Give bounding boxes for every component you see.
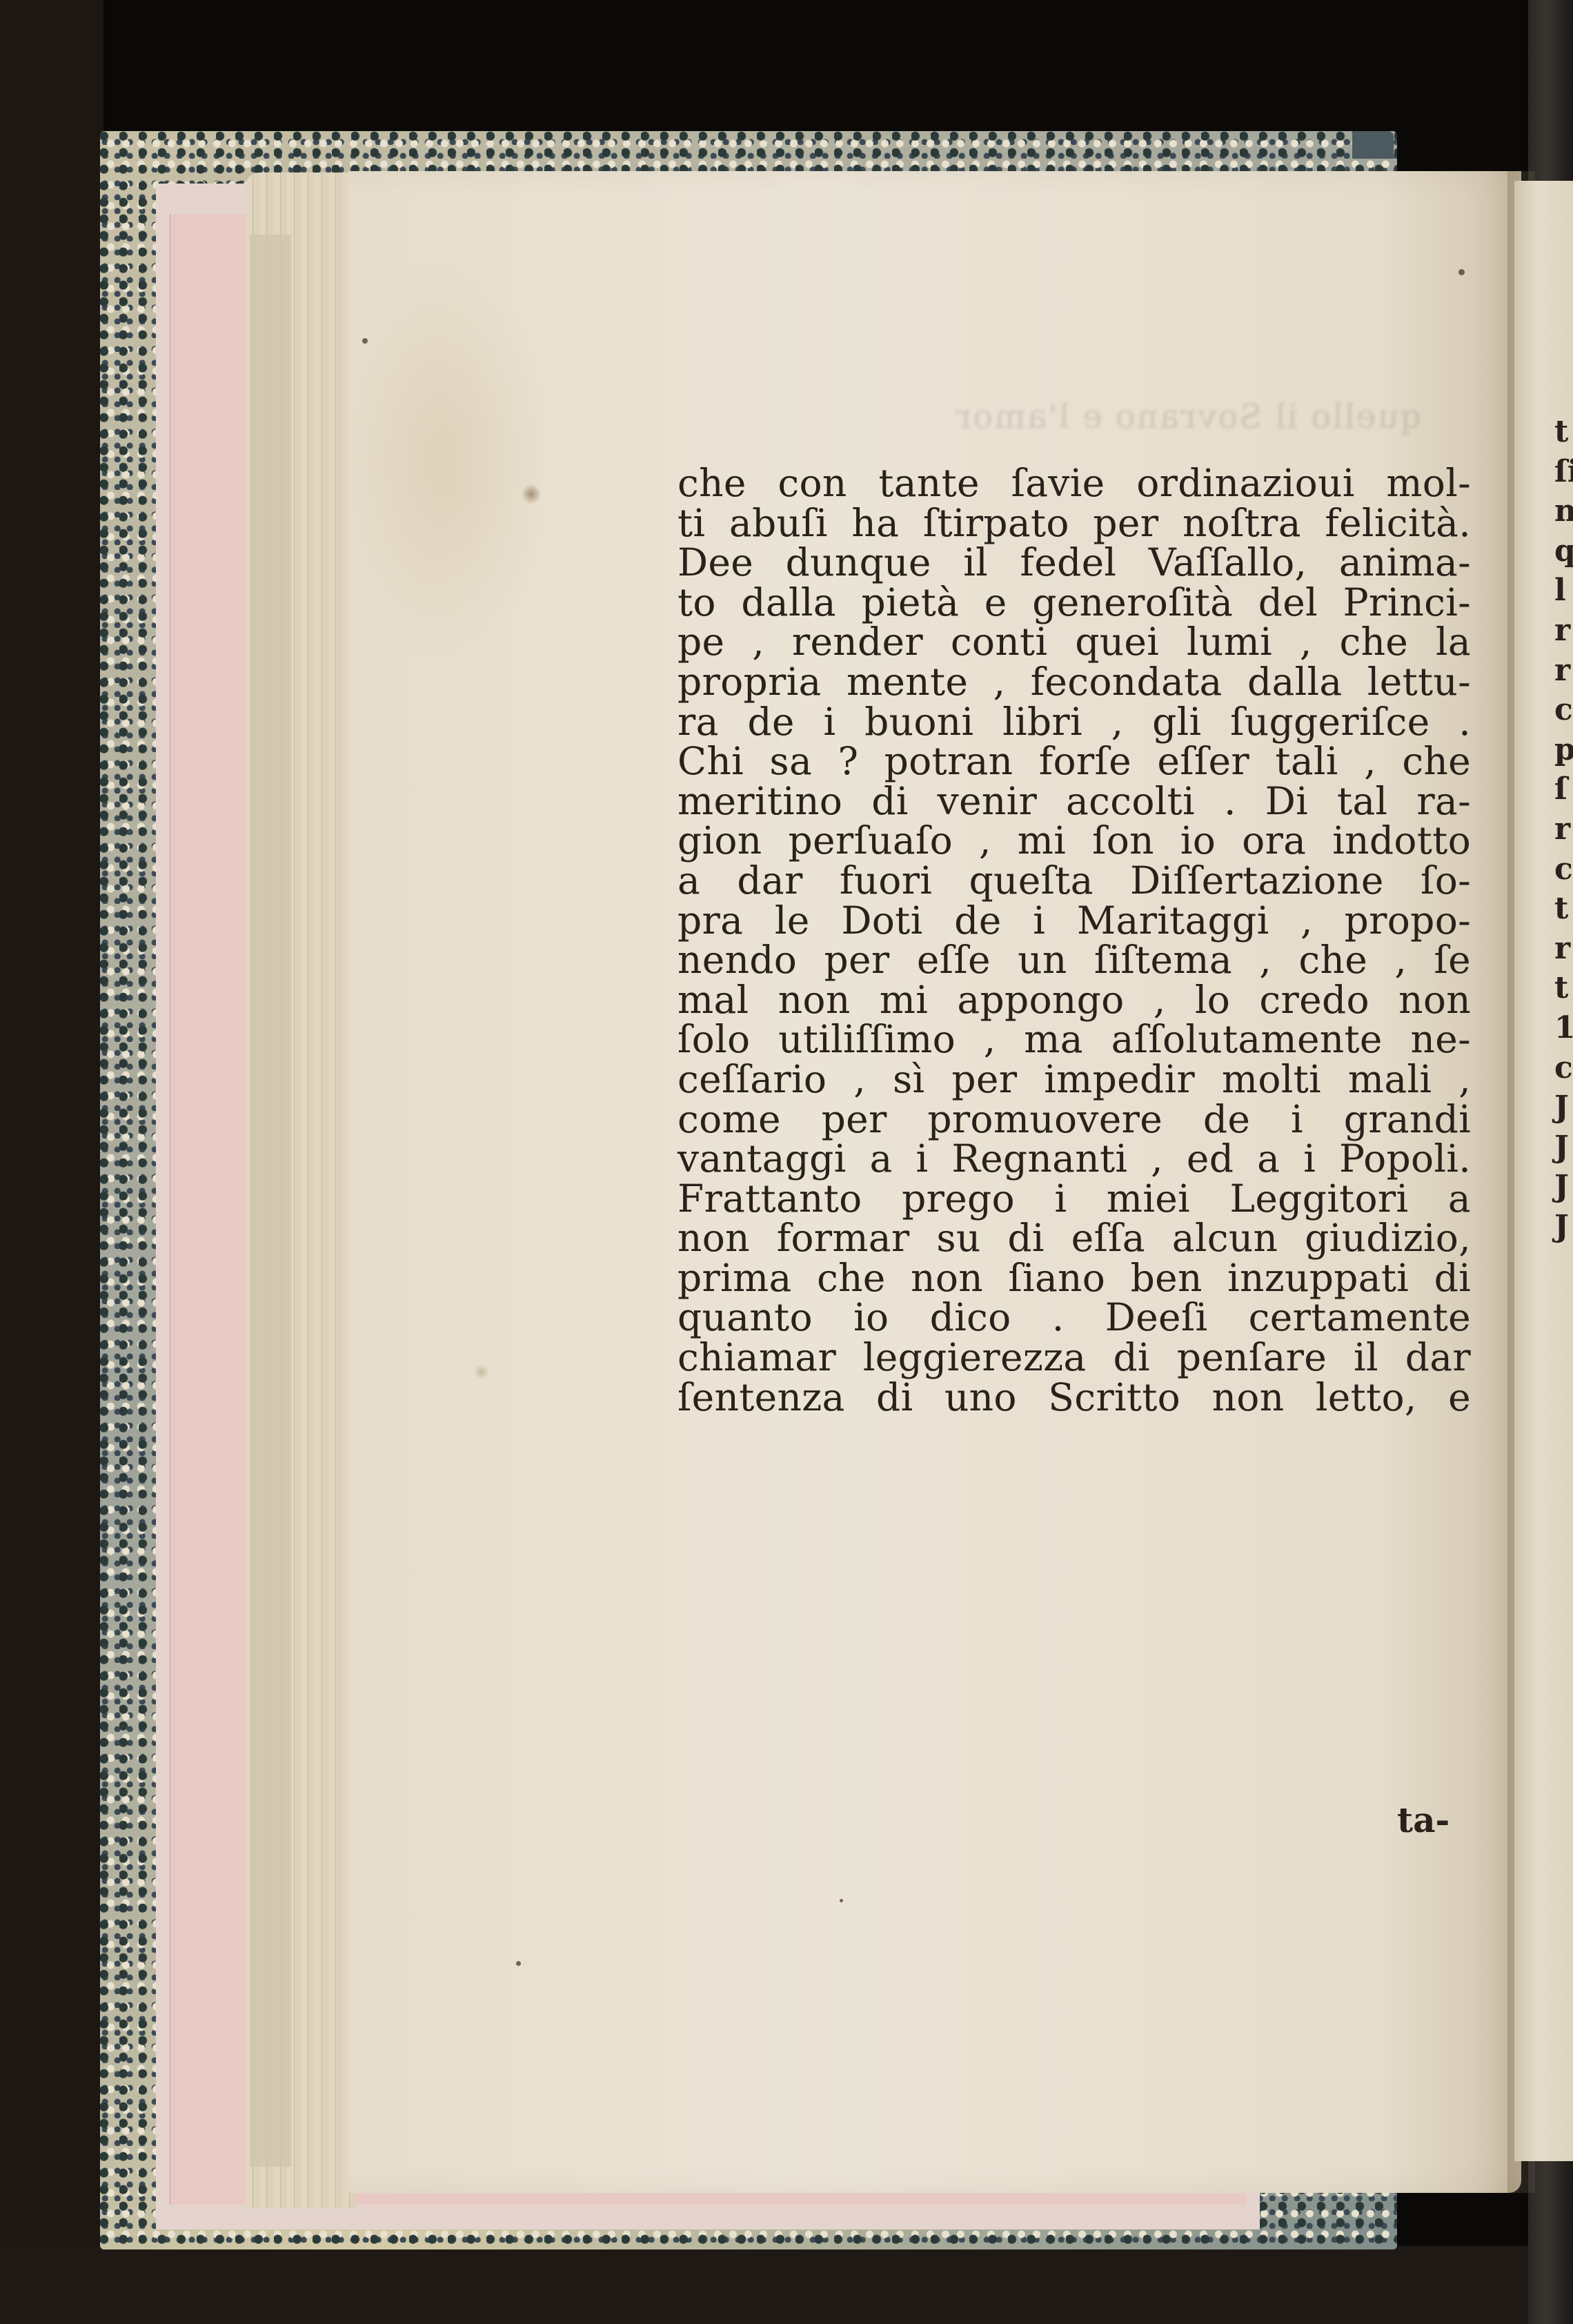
facing-letter: q: [1554, 531, 1573, 571]
bleed-through-text: quello il Sovrano e l'amor: [690, 397, 1421, 436]
text-line: to dalla pietà e generoſità del Princi-: [677, 583, 1471, 623]
facing-letter: r: [1554, 809, 1573, 849]
text-line: pe , render conti quei lumi , che la: [677, 622, 1471, 662]
text-line: ſentenza di uno Scritto non letto, e: [677, 1378, 1471, 1418]
facing-letter: J: [1554, 1087, 1573, 1127]
ink-speck: [362, 338, 368, 344]
text-line: Frattanto prego i miei Leggitori a: [677, 1179, 1471, 1219]
facing-letter: r: [1554, 651, 1573, 691]
cover-board-corner: [1352, 131, 1394, 159]
text-line: a dar fuori queſta Diſſertazione ſo-: [677, 861, 1471, 901]
text-line: ſolo utiliſſimo , ma aſſolutamente ne-: [677, 1020, 1471, 1060]
page-edges-shadow: [250, 235, 291, 2167]
facing-letter: c: [1554, 849, 1573, 889]
ink-speck: [1458, 269, 1465, 275]
text-line: prima che non ſiano ben inzuppati di: [677, 1259, 1471, 1299]
backdrop-left: [0, 0, 103, 2324]
facing-page-recto: t ſi n q l r r c p ſ r c t r t 1 c J J J…: [1514, 181, 1573, 2161]
facing-letter: t: [1554, 889, 1573, 929]
facing-letter: ſi: [1554, 452, 1573, 492]
ink-speck: [516, 1961, 521, 1966]
facing-letter: 1: [1554, 1008, 1573, 1048]
facing-letter: l: [1554, 571, 1573, 611]
facing-letter: t: [1554, 968, 1573, 1008]
text-line: ceſſario , sì per impedir molti mali ,: [677, 1060, 1471, 1100]
text-line: ti abuſi ha ſtirpato per noſtra felicità…: [677, 504, 1471, 544]
text-line: che con tante ſavie ordinazioui mol-: [677, 464, 1471, 504]
scan-image: t ſi n q l r r c p ſ r c t r t 1 c J J J…: [0, 0, 1573, 2324]
text-line: pra le Doti de i Maritaggi , propo-: [677, 901, 1471, 941]
facing-letter: J: [1554, 1167, 1573, 1207]
body-text: che con tante ſavie ordinazioui mol- ti …: [677, 464, 1471, 1417]
text-line: propria mente , fecondata dalla lettu-: [677, 662, 1471, 702]
text-line: quanto io dico . Deeſi certamente: [677, 1298, 1471, 1338]
facing-letter: t: [1554, 412, 1573, 452]
text-line: gion perſuaſo , mi ſon io ora indotto: [677, 821, 1471, 861]
text-line: Chi sa ? potran forſe eſſer tali , che: [677, 742, 1471, 782]
ink-speck: [840, 1899, 843, 1902]
text-line: meritino di venir accolti . Di tal ra-: [677, 782, 1471, 822]
facing-letter: n: [1554, 491, 1573, 531]
facing-letter: c: [1554, 1048, 1573, 1088]
text-line: Dee dunque il fedel Vaſſallo, anima-: [677, 543, 1471, 583]
facing-letter: c: [1554, 690, 1573, 730]
facing-letter: r: [1554, 611, 1573, 651]
facing-letter: p: [1554, 730, 1573, 770]
text-line: mal non mi appongo , lo credo non: [677, 981, 1471, 1021]
text-line: chiamar leggierezza di penſare il dar: [677, 1338, 1471, 1378]
catchword: ta-: [1397, 1800, 1450, 1840]
facing-letter: J: [1554, 1127, 1573, 1168]
text-line: nendo per eſſe un ſiſtema , che , ſe: [677, 941, 1471, 981]
facing-letter: J: [1554, 1207, 1573, 1247]
text-line: non formar su di eſſa alcun giudizio,: [677, 1219, 1471, 1259]
facing-letter: ſ: [1554, 769, 1573, 809]
backdrop-bottom: [0, 2246, 1573, 2324]
text-line: ra de i buoni libri , gli ſuggeriſce .: [677, 702, 1471, 742]
text-line: come per promuovere de i grandi: [677, 1100, 1471, 1140]
text-line: vantaggi a i Regnanti , ed a i Popoli.: [677, 1139, 1471, 1179]
facing-page-letters: t ſi n q l r r c p ſ r c t r t 1 c J J J…: [1554, 412, 1573, 1246]
facing-letter: r: [1554, 929, 1573, 969]
